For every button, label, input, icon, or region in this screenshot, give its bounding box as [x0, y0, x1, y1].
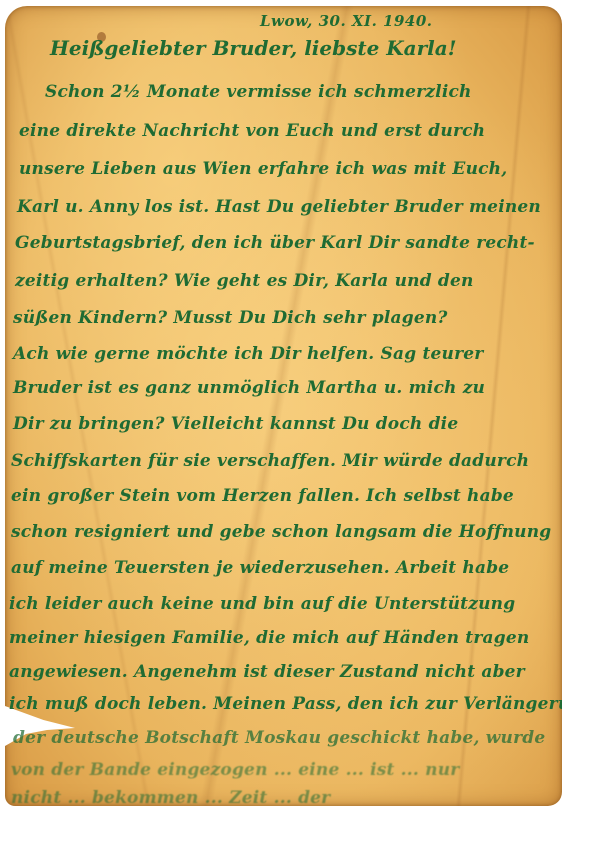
letter-line: nicht ... bekommen ... Zeit ... der — [11, 788, 330, 806]
page: Lwow, 30. XI. 1940. Heißgeliebter Bruder… — [0, 0, 594, 848]
letter-line: ich leider auch keine und bin auf die Un… — [9, 594, 515, 614]
letter-line: süßen Kindern? Musst Du Dich sehr plagen… — [13, 308, 448, 328]
letter-line: meiner hiesigen Familie, die mich auf Hä… — [9, 628, 529, 648]
letter-line: von der Bande eingezogen ... eine ... is… — [11, 760, 459, 780]
letter-line: Geburtstagsbrief, den ich über Karl Dir … — [15, 233, 535, 253]
salutation: Heißgeliebter Bruder, liebste Karla! — [50, 36, 457, 60]
letter-line: unsere Lieben aus Wien erfahre ich was m… — [19, 159, 507, 179]
letter-line: Schiffskarten für sie verschaffen. Mir w… — [11, 451, 529, 471]
letter-line: zeitig erhalten? Wie geht es Dir, Karla … — [15, 271, 474, 291]
letter-line: Schon 2½ Monate vermisse ich schmerzlich — [45, 82, 472, 102]
letter-line: Ach wie gerne möchte ich Dir helfen. Sag… — [13, 344, 483, 364]
postcard: Lwow, 30. XI. 1940. Heißgeliebter Bruder… — [5, 6, 562, 806]
letter-line: Dir zu bringen? Vielleicht kannst Du doc… — [13, 414, 458, 434]
letter-line: ein großer Stein vom Herzen fallen. Ich … — [11, 486, 514, 506]
letter-line: ich muß doch leben. Meinen Pass, den ich… — [9, 694, 562, 714]
letter-line: auf meine Teuersten je wiederzusehen. Ar… — [11, 558, 509, 578]
handwritten-letter: Lwow, 30. XI. 1940. Heißgeliebter Bruder… — [5, 6, 562, 806]
date-line: Lwow, 30. XI. 1940. — [260, 12, 433, 30]
letter-line: schon resigniert und gebe schon langsam … — [11, 522, 551, 542]
letter-line: angewiesen. Angenehm ist dieser Zustand … — [9, 662, 525, 682]
letter-line: Karl u. Anny los ist. Hast Du geliebter … — [17, 197, 541, 217]
letter-line: der deutsche Botschaft Moskau geschickt … — [13, 728, 545, 748]
letter-line: Bruder ist es ganz unmöglich Martha u. m… — [13, 378, 485, 398]
letter-line: eine direkte Nachricht von Euch und erst… — [19, 121, 485, 141]
